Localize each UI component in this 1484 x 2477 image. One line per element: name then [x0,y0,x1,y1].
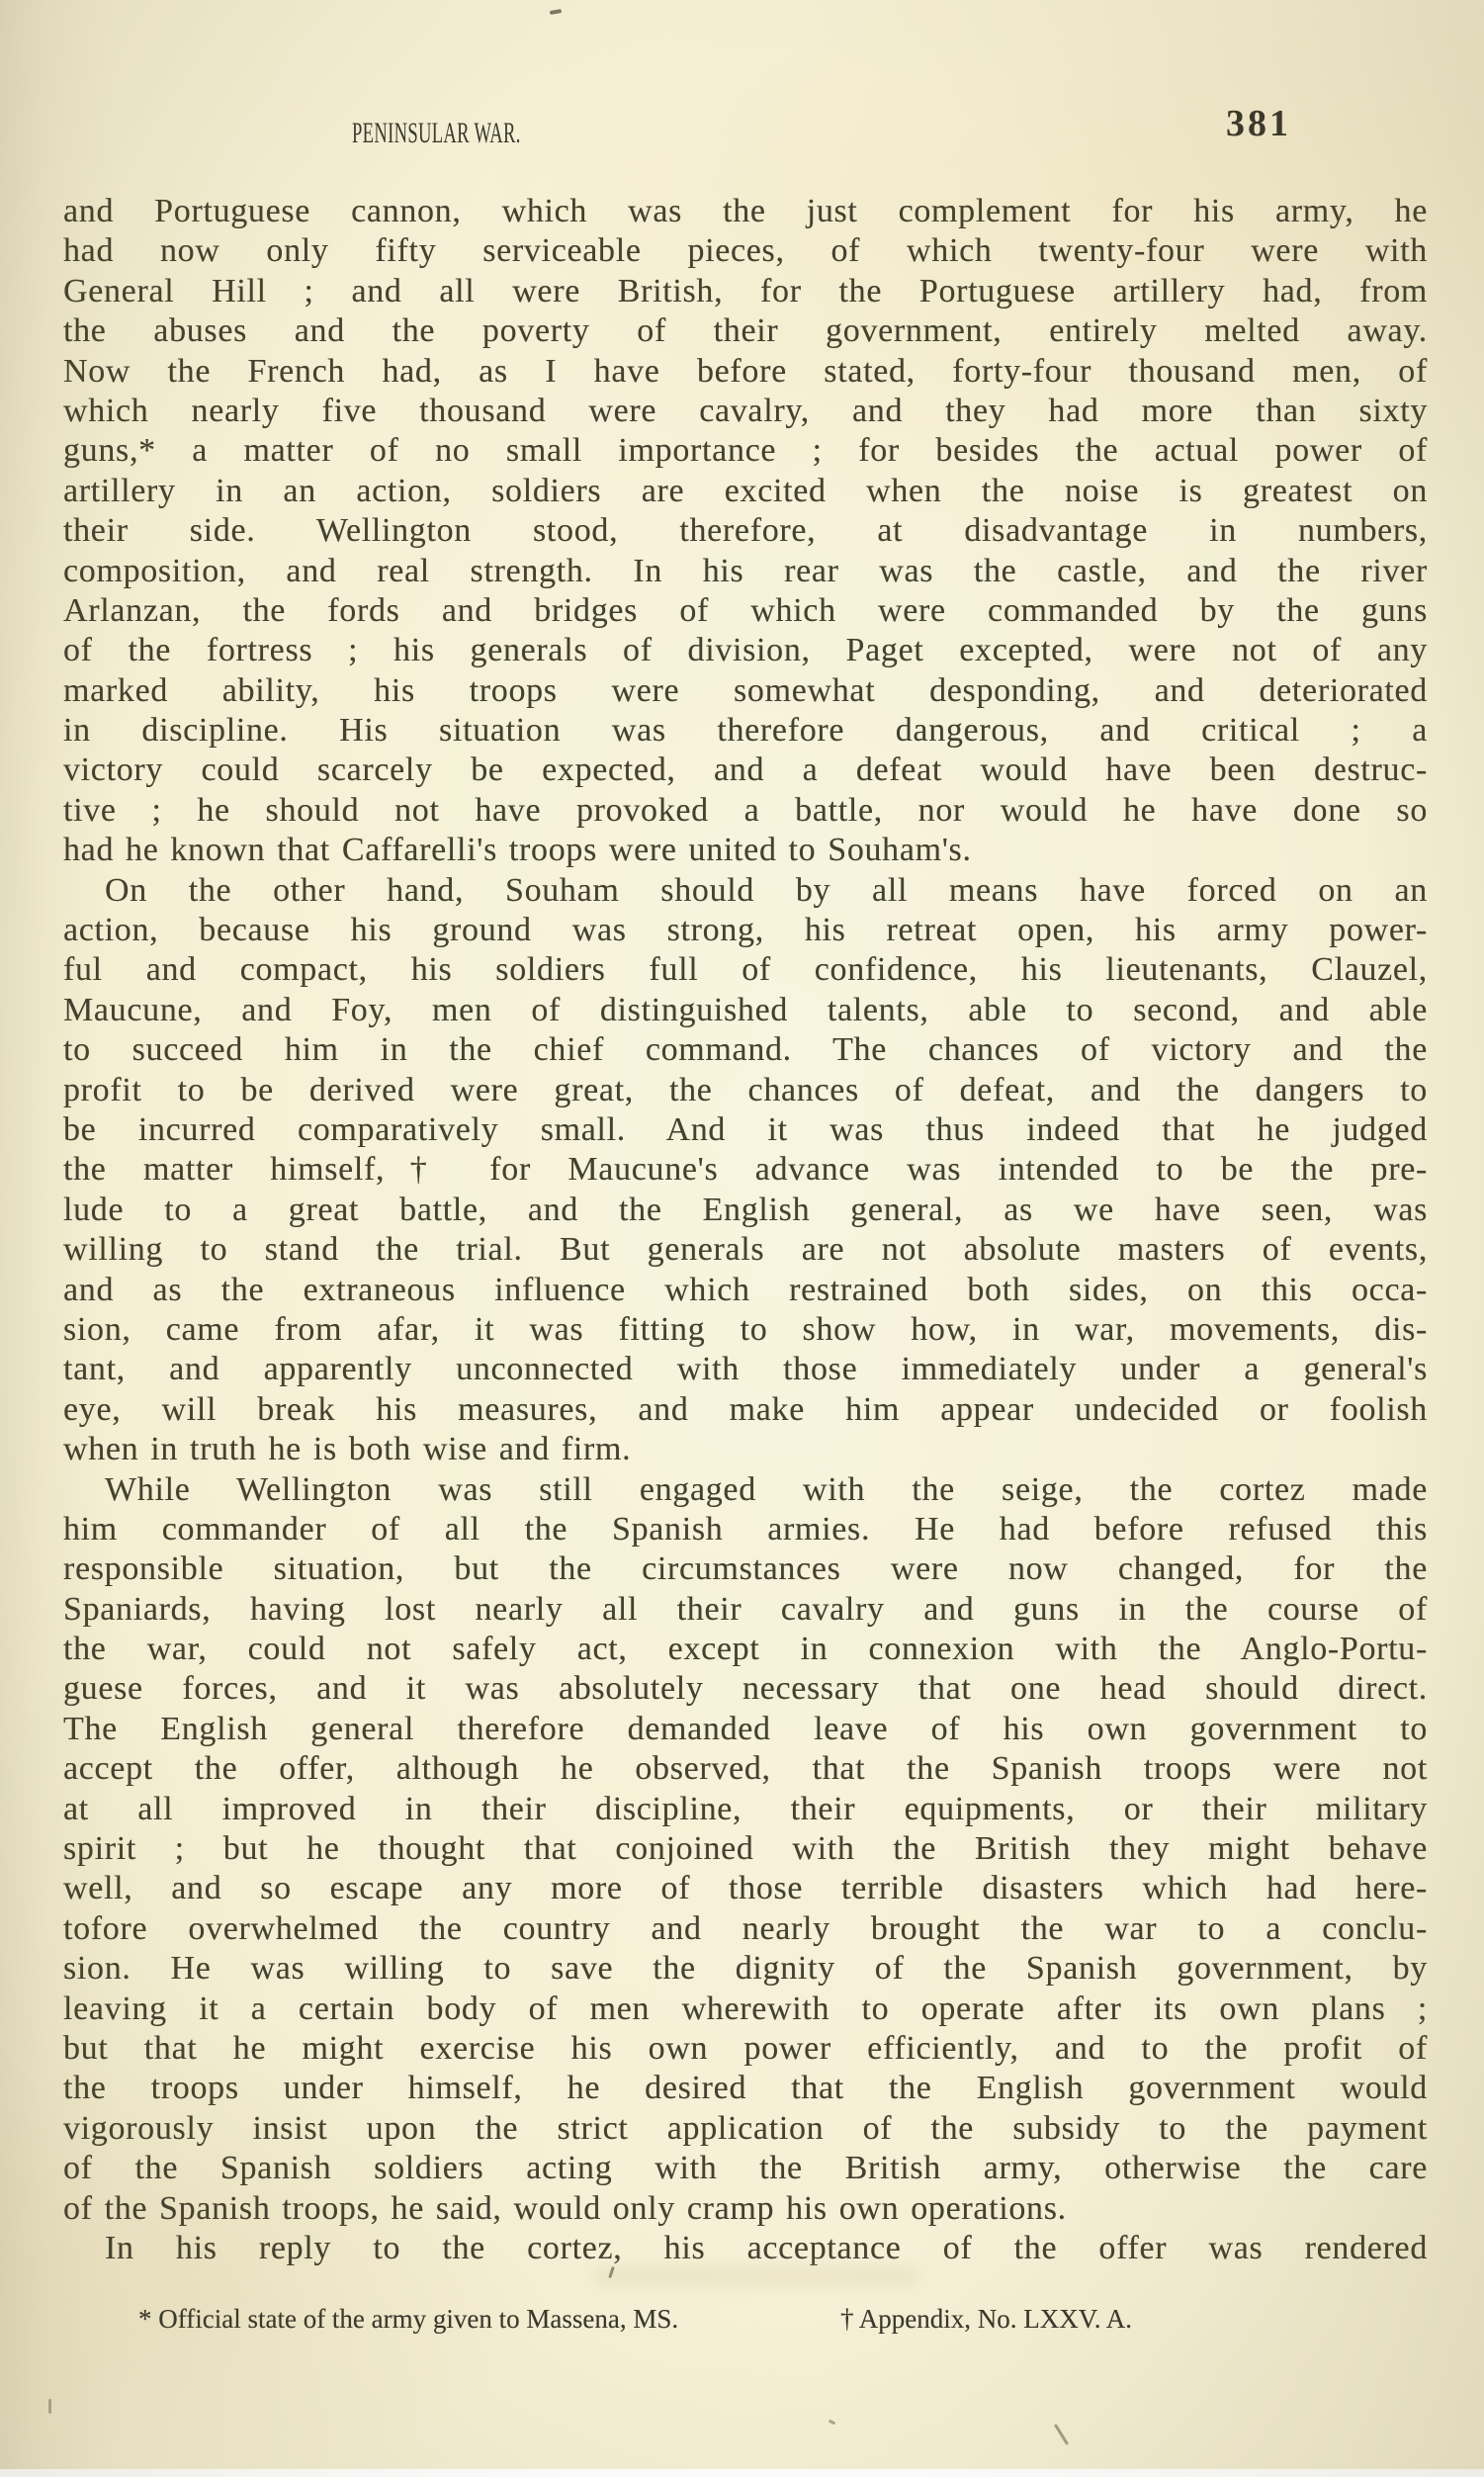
page-header-title: PENINSULAR WAR. [352,117,521,150]
footnote-asterisk: * Official state of the army given to Ma… [138,2304,678,2335]
text-line: guese forces, and it was absolutely nece… [63,1669,1428,1709]
text-line: accept the offer, although he observed, … [63,1749,1428,1789]
text-line: General Hill ; and all were British, for… [63,272,1428,311]
text-line: lude to a great battle, and the English … [63,1191,1428,1230]
text-line: their side. Wellington stood, therefore,… [63,511,1428,551]
text-line: had now only fifty serviceable pieces, o… [63,231,1428,271]
text-line: to succeed him in the chief command. The… [63,1030,1428,1070]
text-line: guns,* a matter of no small importance ;… [63,431,1428,471]
ink-speck [1054,2424,1069,2445]
text-line: In his reply to the cortez, his acceptan… [63,2229,1428,2268]
running-head: PENINSULAR WAR. 381 [0,0,1484,168]
text-line: Now the French had, as I have before sta… [63,352,1428,392]
text-line: the troops under himself, he desired tha… [63,2069,1428,2108]
text-line: tant, and apparently unconnected with th… [63,1350,1428,1389]
text-line: leaving it a certain body of men wherewi… [63,1990,1428,2029]
text-line: profit to be derived were great, the cha… [63,1071,1428,1110]
text-line: action, because his ground was strong, h… [63,911,1428,950]
text-line: sion. He was willing to save the dignity… [63,1949,1428,1989]
text-line: and as the extraneous influence which re… [63,1271,1428,1310]
text-line: of the fortress ; his generals of divisi… [63,631,1428,670]
text-line: tofore overwhelmed the country and nearl… [63,1909,1428,1949]
text-line: ful and compact, his soldiers full of co… [63,950,1428,990]
text-line: spirit ; but he thought that conjoined w… [63,1829,1428,1869]
text-line: sion, came from afar, it was fitting to … [63,1310,1428,1350]
text-line: victory could scarcely be expected, and … [63,751,1428,790]
footnote-dagger: † Appendix, No. LXXV. A. [840,2304,1132,2335]
page-number: 381 [1226,102,1291,145]
text-line: but that he might exercise his own power… [63,2029,1428,2069]
footnote: * Official state of the army given to Ma… [0,2304,1484,2344]
text-line: Maucune, and Foy, men of distinguished t… [63,991,1428,1030]
text-line: composition, and real strength. In his r… [63,552,1428,591]
text-line: him commander of all the Spanish armies.… [63,1510,1428,1549]
text-line: had he known that Caffarelli's troops we… [63,831,1428,870]
text-line: well, and so escape any more of those te… [63,1869,1428,1908]
text-line: vigorously insist upon the strict applic… [63,2109,1428,2149]
text-line: of the Spanish soldiers acting with the … [63,2149,1428,2188]
text-line: at all improved in their discipline, the… [63,1790,1428,1829]
scan-edge [0,2469,1484,2477]
text-line: the war, could not safely act, except in… [63,1630,1428,1669]
body-text: and Portuguese cannon, which was the jus… [63,192,1428,2268]
text-line: and Portuguese cannon, which was the jus… [63,192,1428,231]
text-line: responsible situation, but the circumsta… [63,1549,1428,1589]
text-line: the matter himself,† for Maucune's advan… [63,1150,1428,1190]
text-line: the abuses and the poverty of their gove… [63,311,1428,351]
ink-speck [829,2420,836,2426]
text-line: marked ability, his troops were somewhat… [63,671,1428,711]
text-line: eye, will break his measures, and make h… [63,1390,1428,1430]
text-line: be incurred comparatively small. And it … [63,1110,1428,1150]
text-line: Spaniards, having lost nearly all their … [63,1590,1428,1630]
text-line: artillery in an action, soldiers are exc… [63,472,1428,511]
text-line: On the other hand, Souham should by all … [63,871,1428,911]
text-line: While Wellington was still engaged with … [63,1470,1428,1510]
show-through-smudge [593,2266,919,2286]
text-line: of the Spanish troops, he said, would on… [63,2189,1428,2229]
book-page: PENINSULAR WAR. 381 and Portuguese canno… [0,0,1484,2477]
text-line: tive ; he should not have provoked a bat… [63,791,1428,831]
text-line: which nearly five thousand were cavalry,… [63,392,1428,431]
text-line: when in truth he is both wise and firm. [63,1430,1428,1469]
text-line: Arlanzan, the fords and bridges of which… [63,591,1428,631]
text-line: willing to stand the trial. But generals… [63,1230,1428,1270]
text-line: The English general therefore demanded l… [63,1710,1428,1749]
ink-speck [48,2399,51,2414]
text-line: in discipline. His situation was therefo… [63,711,1428,751]
